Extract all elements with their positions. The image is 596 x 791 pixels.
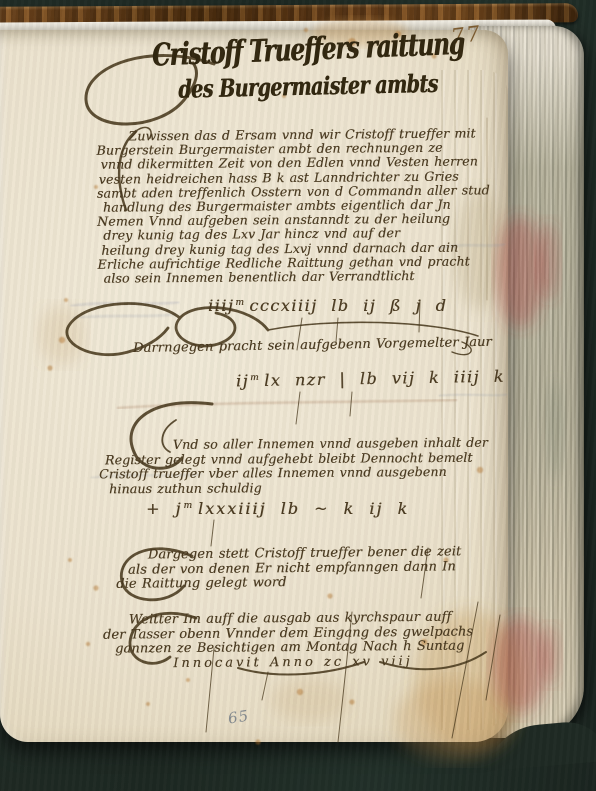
- counter-entry-line: Darrngegen pracht sein aufgebenn Vorgeme…: [133, 336, 483, 356]
- sum-superscript: m: [235, 298, 245, 308]
- sum-line-3: + jmlxxxiiij lb ~ k ij k: [146, 499, 409, 518]
- sum-amount: lx nzr | lb vij k iiij k: [264, 367, 505, 390]
- paragraph-1: Zuwissen das d Ersam vnnd wir Cristoff t…: [96, 126, 495, 286]
- sum-line-2: ijmlx nzr | lb vij k iiij k: [236, 367, 505, 391]
- sum-line-1: iiijmcccxiiij lb ij ß j d: [208, 296, 447, 315]
- page-heading: Cristoff Trueffers raittung des Burgerma…: [152, 42, 464, 98]
- sum-amount: lxxxiiij lb ~ k ij k: [198, 499, 409, 518]
- sum-amount: ij: [236, 371, 249, 390]
- paragraph-5: Weitter Im auff die ausgab aus kyrchspau…: [103, 610, 495, 671]
- paragraph-3: Vnd so aller Innemen vnnd ausgeben inhal…: [99, 436, 495, 497]
- text-layer: 77 Cristoff Trueffers raittung des Burge…: [0, 0, 596, 791]
- text-line: also sein Innemen benentlich dar Verrand…: [98, 268, 496, 286]
- text-line: hinaus zuthun schuldig: [99, 479, 495, 496]
- heading-line-1: Cristoff Trueffers raittung: [152, 26, 465, 74]
- pencil-folio-number: 65: [227, 706, 251, 727]
- sum-superscript: m: [183, 501, 194, 511]
- sum-amount: + j: [146, 499, 182, 518]
- text-line: die Raittung gelegt word: [112, 574, 478, 592]
- text-line: Cristoff trueffer vber alles Innemen vnn…: [99, 465, 495, 482]
- sum-amount: iiij: [208, 296, 234, 315]
- heading-line-2: des Burgermaister ambts: [152, 69, 464, 105]
- paragraph-4: Dargegen stett Cristoff trueffer bener d…: [112, 545, 478, 592]
- manuscript-photo: 77 Cristoff Trueffers raittung des Burge…: [0, 0, 596, 791]
- sum-superscript: m: [250, 373, 260, 383]
- sum-amount: cccxiiij lb ij ß j d: [249, 296, 447, 315]
- text-line: Darrngegen pracht sein aufgebenn Vorgeme…: [133, 336, 483, 356]
